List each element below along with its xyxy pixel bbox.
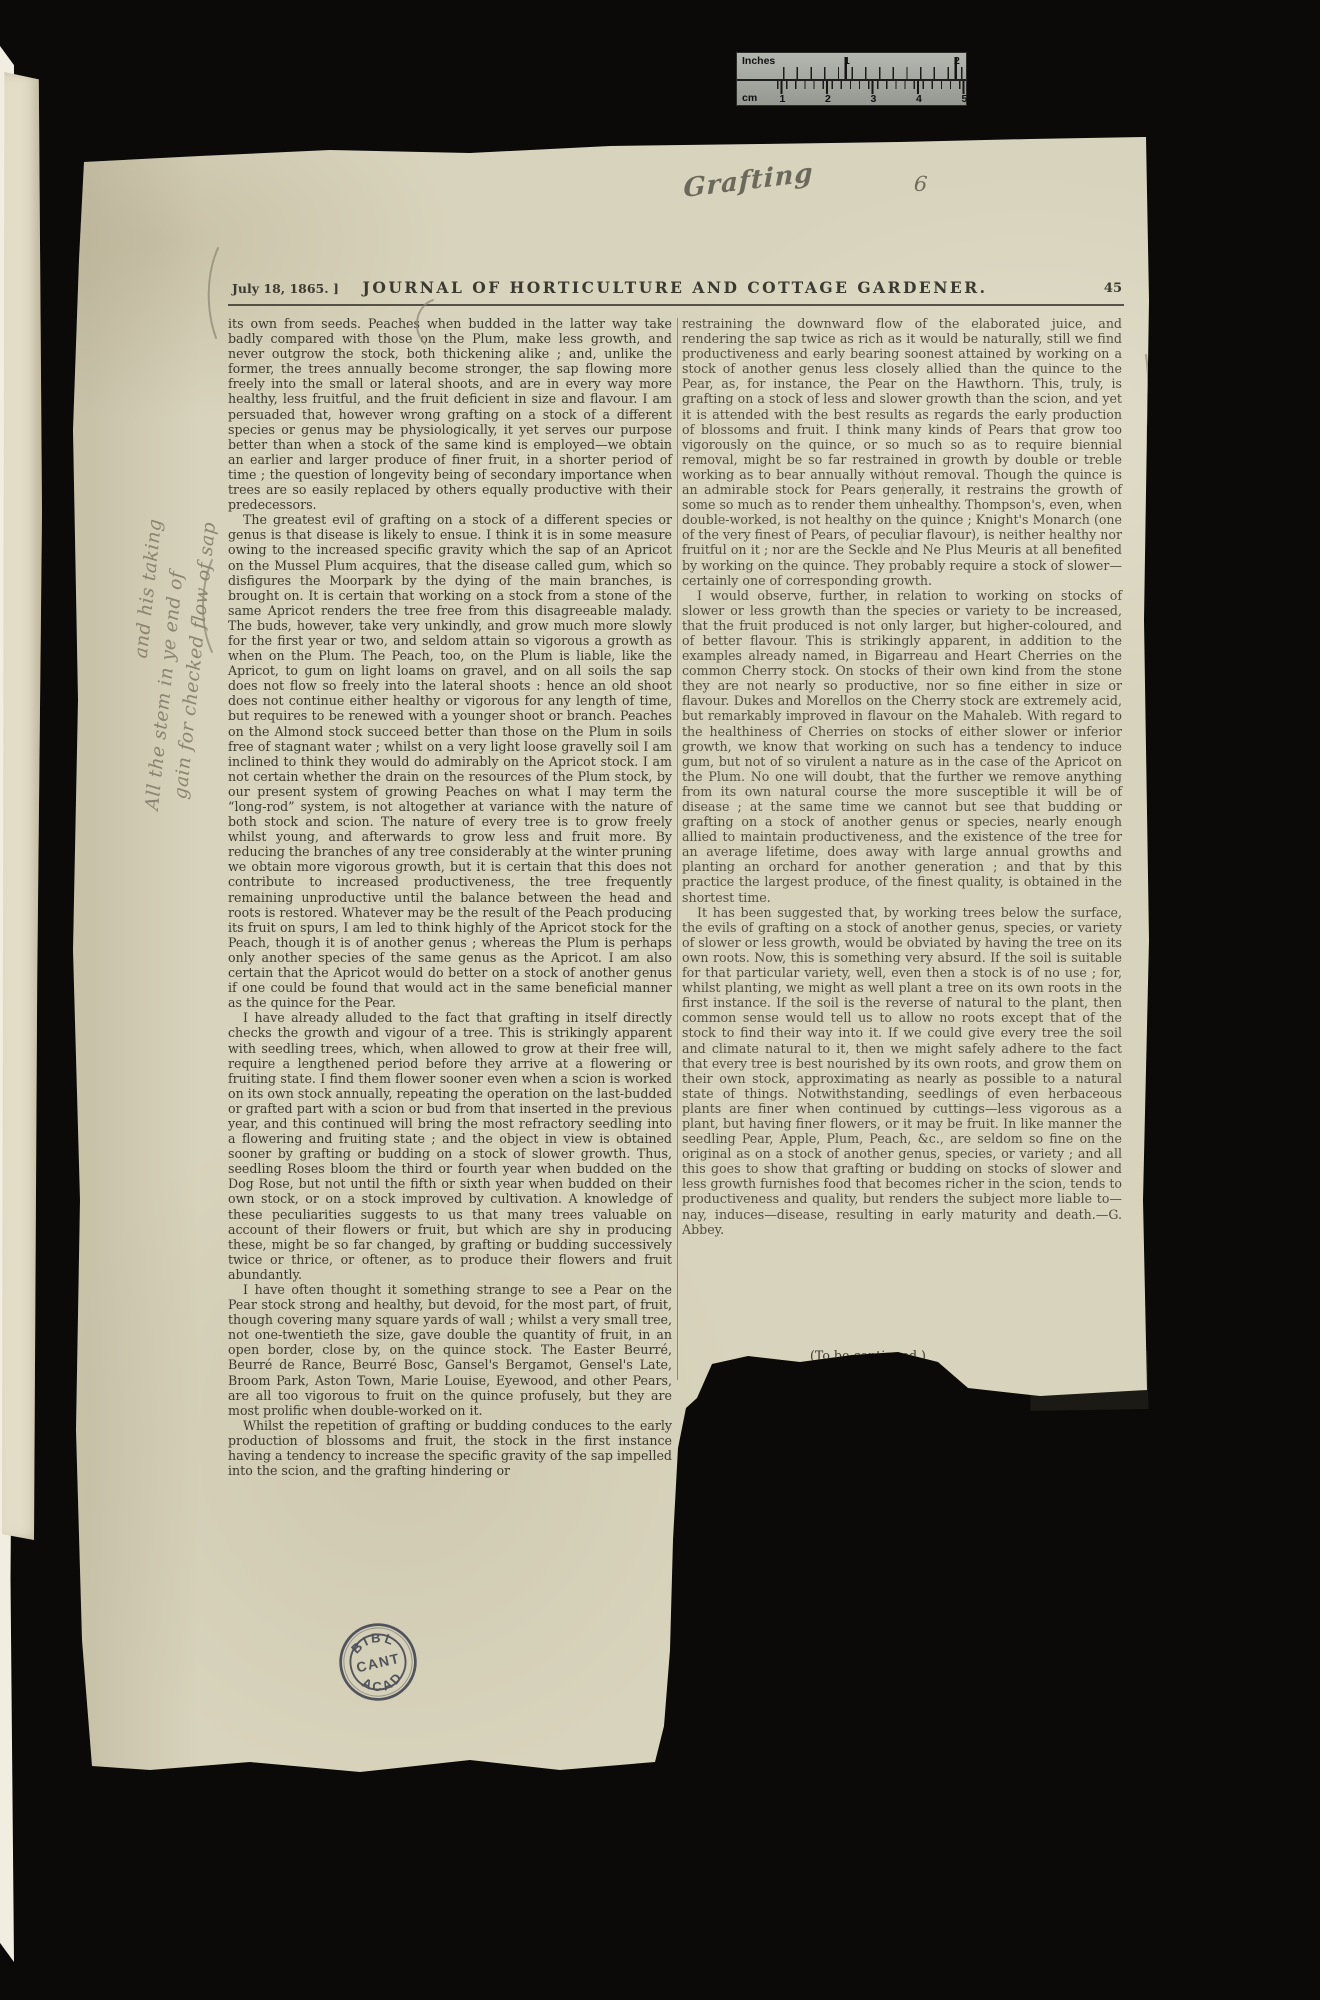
cm-number: 5: [962, 93, 968, 105]
cm-major-ticks: [737, 81, 966, 94]
photographic-scale-ruler: Inches cm 1212345: [736, 52, 967, 106]
cm-number: 2: [825, 93, 831, 105]
cm-number: 1: [780, 93, 786, 105]
inch-number: 2: [954, 55, 960, 67]
ruler-cm-label: cm: [742, 92, 757, 104]
photo-background: July 18, 1865. ] JOURNAL OF HORTICULTURE…: [0, 0, 1320, 2000]
cm-number: 4: [916, 93, 922, 105]
inch-number: 1: [844, 55, 850, 67]
ruler-inches-label: Inches: [742, 55, 775, 67]
pencil-marks: [0, 0, 1320, 2000]
cm-number: 3: [871, 93, 877, 105]
adjacent-page-edge: [2, 72, 42, 1540]
scanned-journal-page: July 18, 1865. ] JOURNAL OF HORTICULTURE…: [0, 0, 1320, 2000]
